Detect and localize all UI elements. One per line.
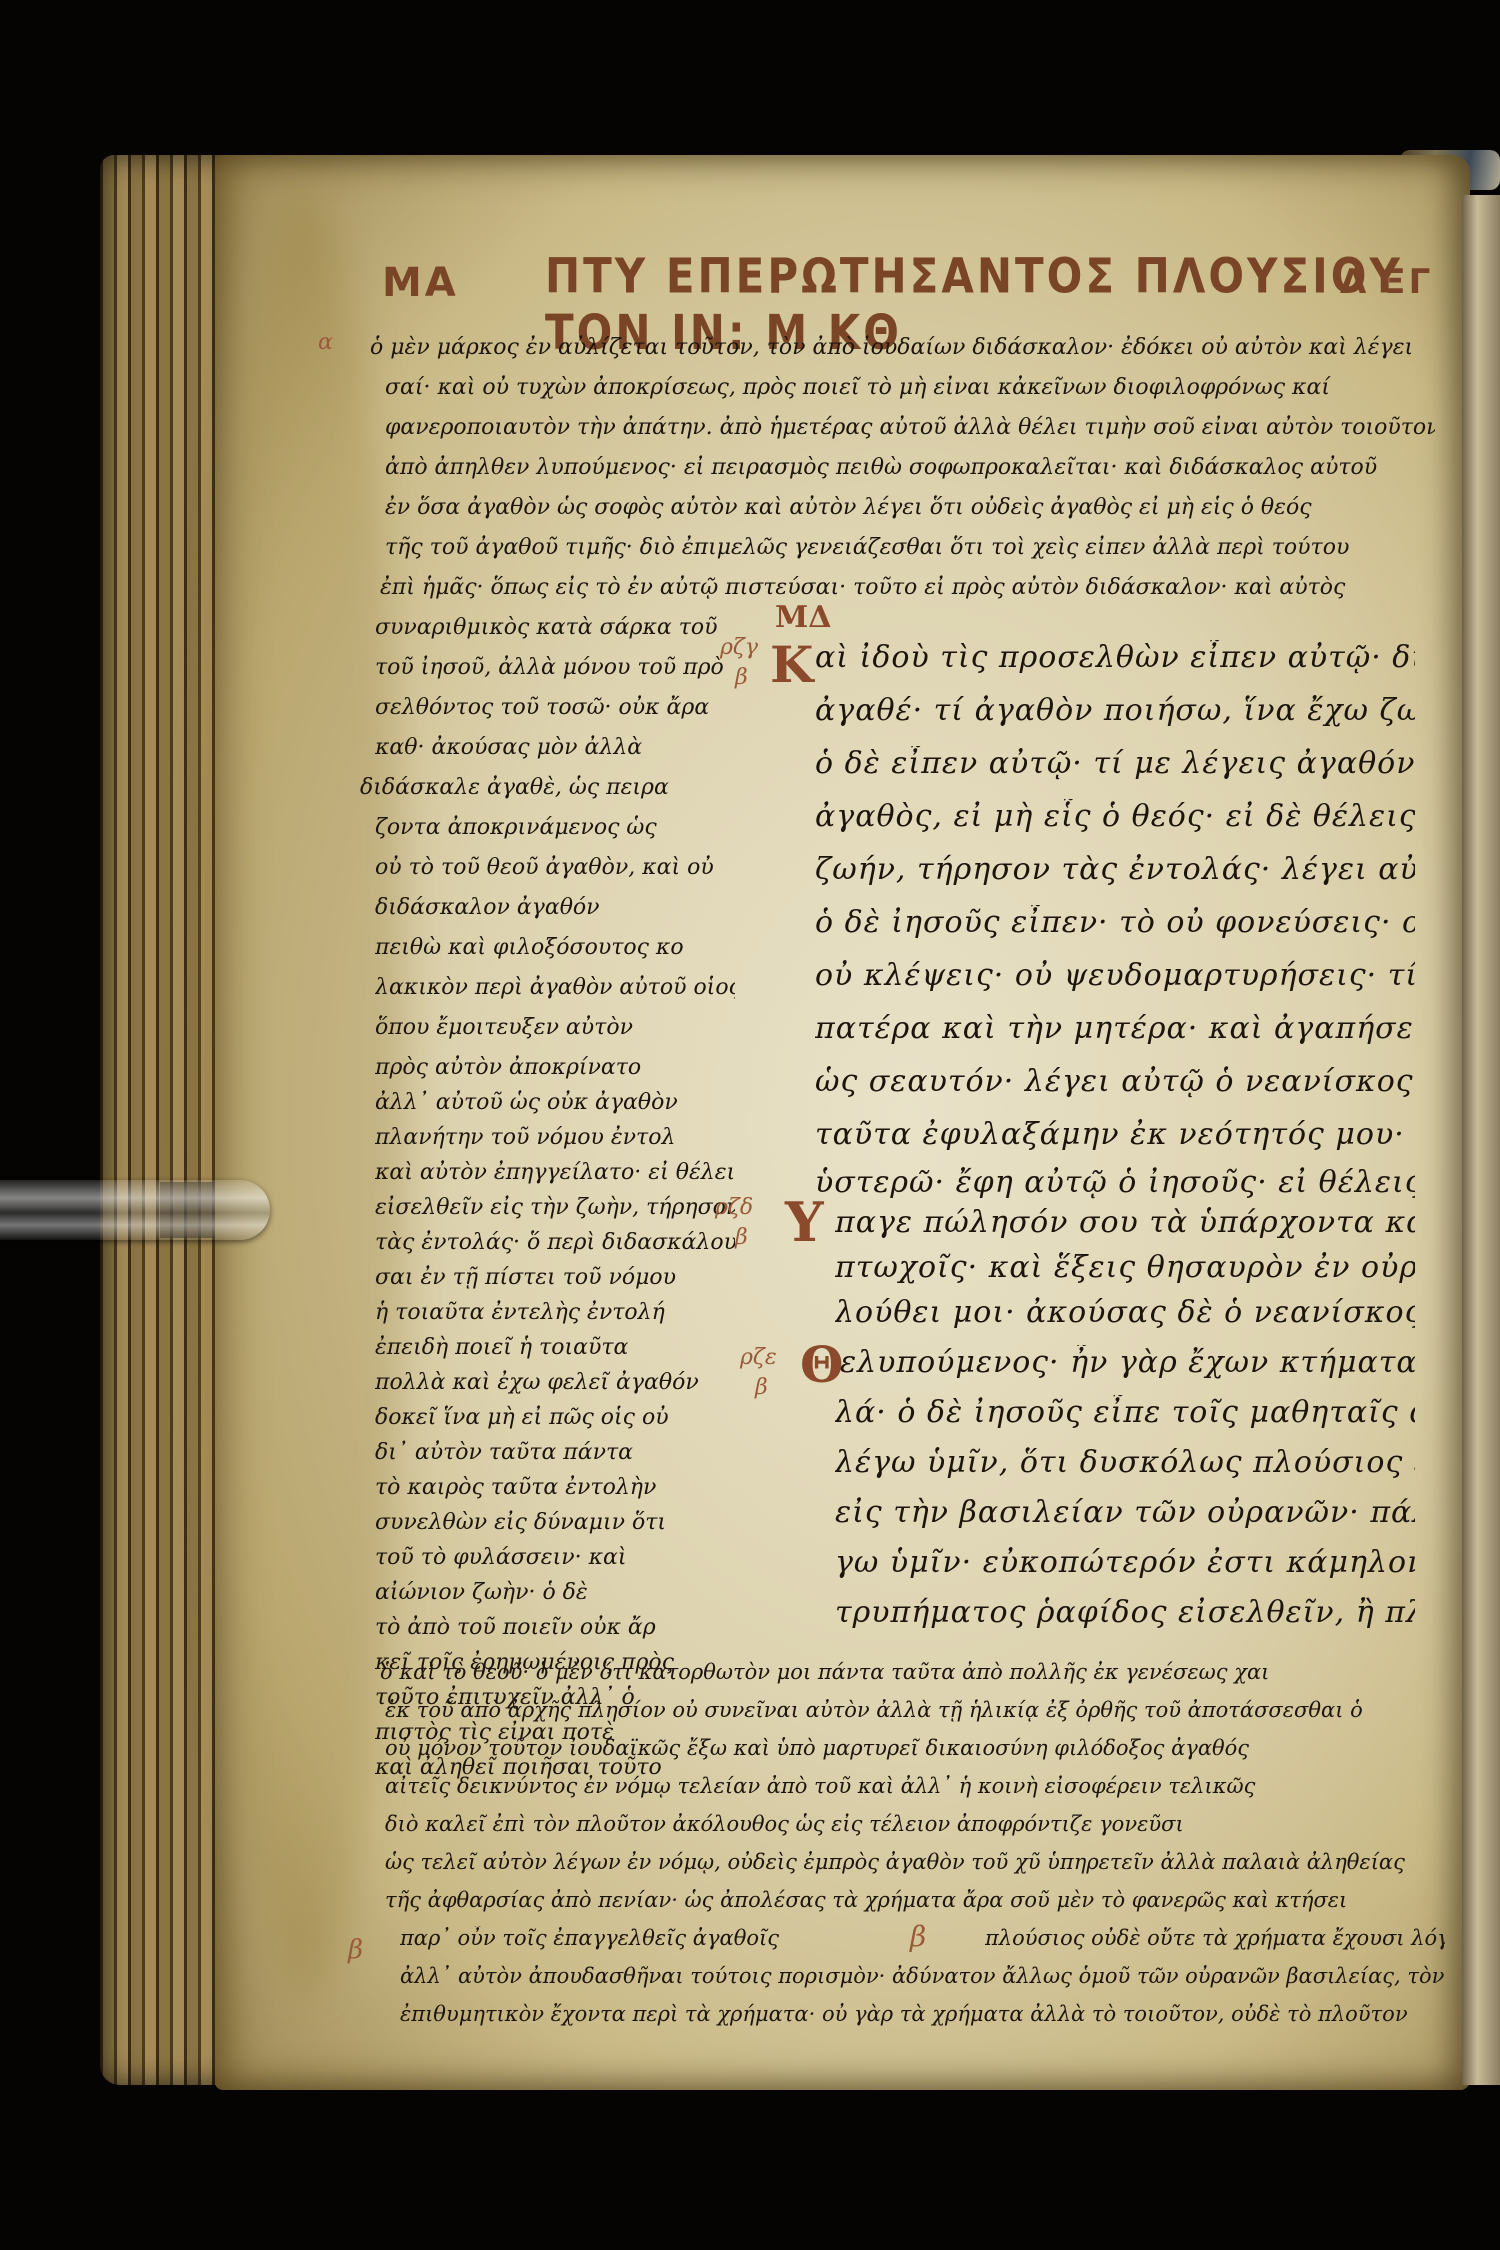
commentary-line: ἐπειδὴ ποιεῖ ἡ τοιαῦτα	[375, 1335, 735, 1360]
text-line: ζωήν, τήρησον τὰς ἐντολάς· λέγει αὐτῷ πο…	[815, 852, 1415, 887]
commentary-line: ὅπου ἔμοιτευξεν αὐτὸν	[375, 1015, 735, 1040]
commentary-line: πειθὼ καὶ φιλοξόσουτος κο	[375, 935, 735, 960]
margin-number: ρζε	[740, 1345, 777, 1370]
commentary-line: ὁ μὲν μάρκος ἐν αὐλίζεται τοῦτον, τὸν ἀπ…	[370, 335, 1430, 360]
commentary-line: διὸ καλεῖ ἐπὶ τὸν πλοῦτον ἀκόλουθος ὡς ε…	[385, 1812, 1440, 1836]
text-line: ἀγαθὸς, εἰ μὴ εἷς ὁ θεός· εἰ δὲ θέλεις ε…	[815, 799, 1415, 834]
text-line: ὁ δὲ ἰησοῦς εἶπεν· τὸ οὐ φονεύσεις· οὐ μ…	[815, 905, 1415, 940]
initial-theta: Θ	[800, 1335, 844, 1394]
commentary-line: τοῦ τὸ φυλάσσειν· καὶ	[375, 1545, 735, 1570]
margin-mark-bottom: β	[348, 1935, 363, 1965]
text-line: οὐ κλέψεις· οὐ ψευδομαρτυρήσεις· τίμα τὸ…	[815, 958, 1415, 993]
commentary-line: τῆς τοῦ ἀγαθοῦ τιμῆς· διὸ ἐπιμελῶς γενει…	[385, 535, 1435, 560]
text-line: τρυπήματος ῥαφίδος εἰσελθεῖν, ἢ πλούσιον…	[835, 1595, 1415, 1630]
commentary-line: καθ· ἀκούσας μὸν ἀλλὰ	[375, 735, 735, 760]
commentary-line: ὁ καὶ τὸ θεοῦ· ὁ μὲν ὅτι κατορθωτὸν μοι …	[380, 1660, 1440, 1684]
margin-number-sub: β	[735, 665, 748, 690]
margin-number-sub: β	[755, 1375, 768, 1400]
text-line: λά· ὁ δὲ ἰησοῦς εἶπε τοῖς μαθηταῖς αὐτοῦ…	[835, 1395, 1415, 1430]
commentary-line: ἐπιθυμητικὸν ἔχοντα περὶ τὰ χρήματα· οὐ …	[400, 2002, 1445, 2026]
text-line: εἰς τὴν βασιλείαν τῶν οὐρανῶν· πάλιν δὲ …	[835, 1495, 1415, 1530]
commentary-line: τὸ ἀπὸ τοῦ ποιεῖν οὐκ ἄρ	[375, 1615, 735, 1640]
text-line: ελυπούμενος· ἦν γὰρ ἔχων κτήματα πολ	[840, 1345, 1415, 1380]
commentary-line: συνελθὼν εἰς δύναμιν ὅτι	[375, 1510, 735, 1535]
commentary-line: δι᾽ αὐτὸν ταῦτα πάντα	[375, 1440, 735, 1465]
commentary-line: διδάσκαλον ἀγαθόν	[375, 895, 735, 920]
section-number: ΜΑ	[382, 260, 459, 306]
commentary-line: τὰς ἐντολάς· ὅ περὶ διδασκάλου	[375, 1230, 735, 1255]
commentary-line: τῆς ἀφθαρσίας ἀπὸ πενίαν· ὡς ἀπολέσας τὰ…	[385, 1888, 1440, 1912]
margin-number-sub: β	[735, 1225, 748, 1250]
text-line: παγε πώλησόν σου τὰ ὑπάρχοντα καὶ δὸς	[835, 1205, 1415, 1240]
text-line: ὑστερῶ· ἔφη αὐτῷ ὁ ἰησοῦς· εἰ θέλεις τέλ…	[815, 1165, 1415, 1200]
commentary-line: ἐν ὅσα ἀγαθὸν ὡς σοφὸς αὐτὸν καὶ αὐτὸν λ…	[385, 495, 1435, 520]
commentary-line: ἐπὶ ἡμᾶς· ὅπως εἰς τὸ ἐν αὐτῷ πιστεύσαι·…	[380, 575, 1440, 600]
commentary-line: δοκεῖ ἵνα μὴ εἰ πῶς οἷς οὐ	[375, 1405, 735, 1430]
section-mark: ΜΔ	[775, 600, 831, 635]
commentary-line: ἡ τοιαῦτα ἐντελὴς ἐντολή	[375, 1300, 735, 1325]
margin-mark-top: α	[318, 330, 333, 355]
commentary-line: σαι ἐν τῇ πίστει τοῦ νόμου	[375, 1265, 735, 1290]
commentary-line: τοῦ ἰησοῦ, ἀλλὰ μόνου τοῦ πρὸ	[375, 655, 735, 680]
commentary-line: αἰώνιον ζωὴν· ὁ δὲ	[375, 1580, 735, 1605]
text-line: αὶ ἰδοὺ τὶς προσελθὼν εἶπεν αὐτῷ· διδάσκ…	[815, 640, 1415, 675]
commentary-line: συναριθμικὸς κατὰ σάρκα τοῦ	[375, 615, 735, 640]
commentary-line: λακικὸν περὶ ἀγαθὸν αὐτοῦ οἷος	[375, 975, 735, 1000]
text-line: λέγω ὑμῖν, ὅτι δυσκόλως πλούσιος εἰσελεύ…	[835, 1445, 1415, 1480]
inline-mark: β	[910, 1920, 926, 1953]
commentary-line: ὡς τελεῖ αὐτὸν λέγων ἐν νόμῳ, οὐδεὶς ἐμπ…	[385, 1850, 1440, 1874]
commentary-line: ἐκ τοῦ ἀπὸ ἀρχῆς πλησίον οὐ συνεῖναι αὐτ…	[385, 1698, 1440, 1722]
commentary-line: τὸ καιρὸς ταῦτα ἐντολὴν	[375, 1475, 735, 1500]
commentary-line: διδάσκαλε ἀγαθὲ, ὡς πειρα	[360, 775, 730, 800]
rubric-right-label: Λ ΞΓ	[1340, 262, 1433, 302]
commentary-line: οὐ τὸ τοῦ θεοῦ ἀγαθὸν, καὶ οὐ	[375, 855, 735, 880]
commentary-line: ἀπὸ ἀπηλθεν λυπούμενος· εἰ πειρασμὸς πει…	[385, 455, 1435, 480]
commentary-line: οὐ μόνον τοῦτον ἰουδαϊκῶς ἔξω καὶ ὑπὸ μα…	[385, 1736, 1440, 1760]
commentary-line: σελθόντος τοῦ τοσῶ· οὐκ ἄρα	[375, 695, 735, 720]
commentary-line: καὶ αὐτὸν ἐπηγγείλατο· εἰ θέλεις	[375, 1160, 735, 1185]
commentary-line: ἀλλ᾽ αὐτὸν ἀπουδασθῆναι τούτοις πορισμὸν…	[400, 1964, 1445, 1988]
text-line: λούθει μοι· ἀκούσας δὲ ὁ νεανίσκος τὸν λ…	[835, 1295, 1415, 1330]
facing-page-edge	[1462, 195, 1500, 2085]
margin-number: ρζγ	[720, 635, 758, 660]
commentary-line: πολλὰ καὶ ἐχω φελεῖ ἀγαθόν	[375, 1370, 735, 1395]
commentary-line: ἀλλ᾽ αὐτοῦ ὡς οὐκ ἀγαθὸν	[375, 1090, 735, 1115]
commentary-line: σαί· καὶ οὐ τυχὼν ἀποκρίσεως, πρὸς ποιεῖ…	[385, 375, 1435, 400]
text-line: ὁ δὲ εἶπεν αὐτῷ· τί με λέγεις ἀγαθόν· οὐ…	[815, 746, 1415, 781]
text-line: γω ὑμῖν· εὐκοπώτερόν ἐστι κάμηλον διὰ	[835, 1545, 1415, 1580]
commentary-line: πλανήτην τοῦ νόμου ἐντολ	[375, 1125, 735, 1150]
commentary-line: φανεροποιαυτὸν τὴν ἀπάτην. ἀπὸ ἡμετέρας …	[385, 415, 1435, 440]
commentary-line: πρὸς αὐτὸν ἀποκρίνατο	[375, 1055, 735, 1080]
text-line: ταῦτα ἐφυλαξάμην ἐκ νεότητός μου· τί ἔτι	[815, 1117, 1415, 1152]
text-line: πατέρα καὶ τὴν μητέρα· καὶ ἀγαπήσεις τὸν…	[815, 1011, 1415, 1046]
commentary-line: πλούσιος οὐδὲ οὔτε τὰ χρήματα ἔχουσι λόγ…	[985, 1926, 1445, 1950]
commentary-line: αἰτεῖς δεικνύντος ἐν νόμῳ τελείαν ἀπὸ το…	[385, 1774, 1440, 1798]
commentary-line: παρ᾽ οὖν τοῖς ἐπαγγελθεῖς ἀγαθοῖς	[400, 1926, 880, 1950]
text-line: ἀγαθέ· τί ἀγαθὸν ποιήσω, ἵνα ἔχω ζωὴν αἰ…	[815, 693, 1415, 728]
margin-number: ρζδ	[715, 1195, 753, 1220]
text-line: ὡς σεαυτόν· λέγει αὐτῷ ὁ νεανίσκος· πάντ…	[815, 1064, 1415, 1099]
text-line: πτωχοῖς· καὶ ἕξεις θησαυρὸν ἐν οὐρανῷ· κ…	[835, 1250, 1415, 1285]
glass-page-holder-rod	[0, 1180, 270, 1240]
initial-kappa: Κ	[770, 635, 813, 694]
commentary-line: εἰσελθεῖν εἰς τὴν ζωὴν, τήρησον	[375, 1195, 735, 1220]
commentary-line: ζοντα ἀποκρινάμενος ὡς	[375, 815, 735, 840]
